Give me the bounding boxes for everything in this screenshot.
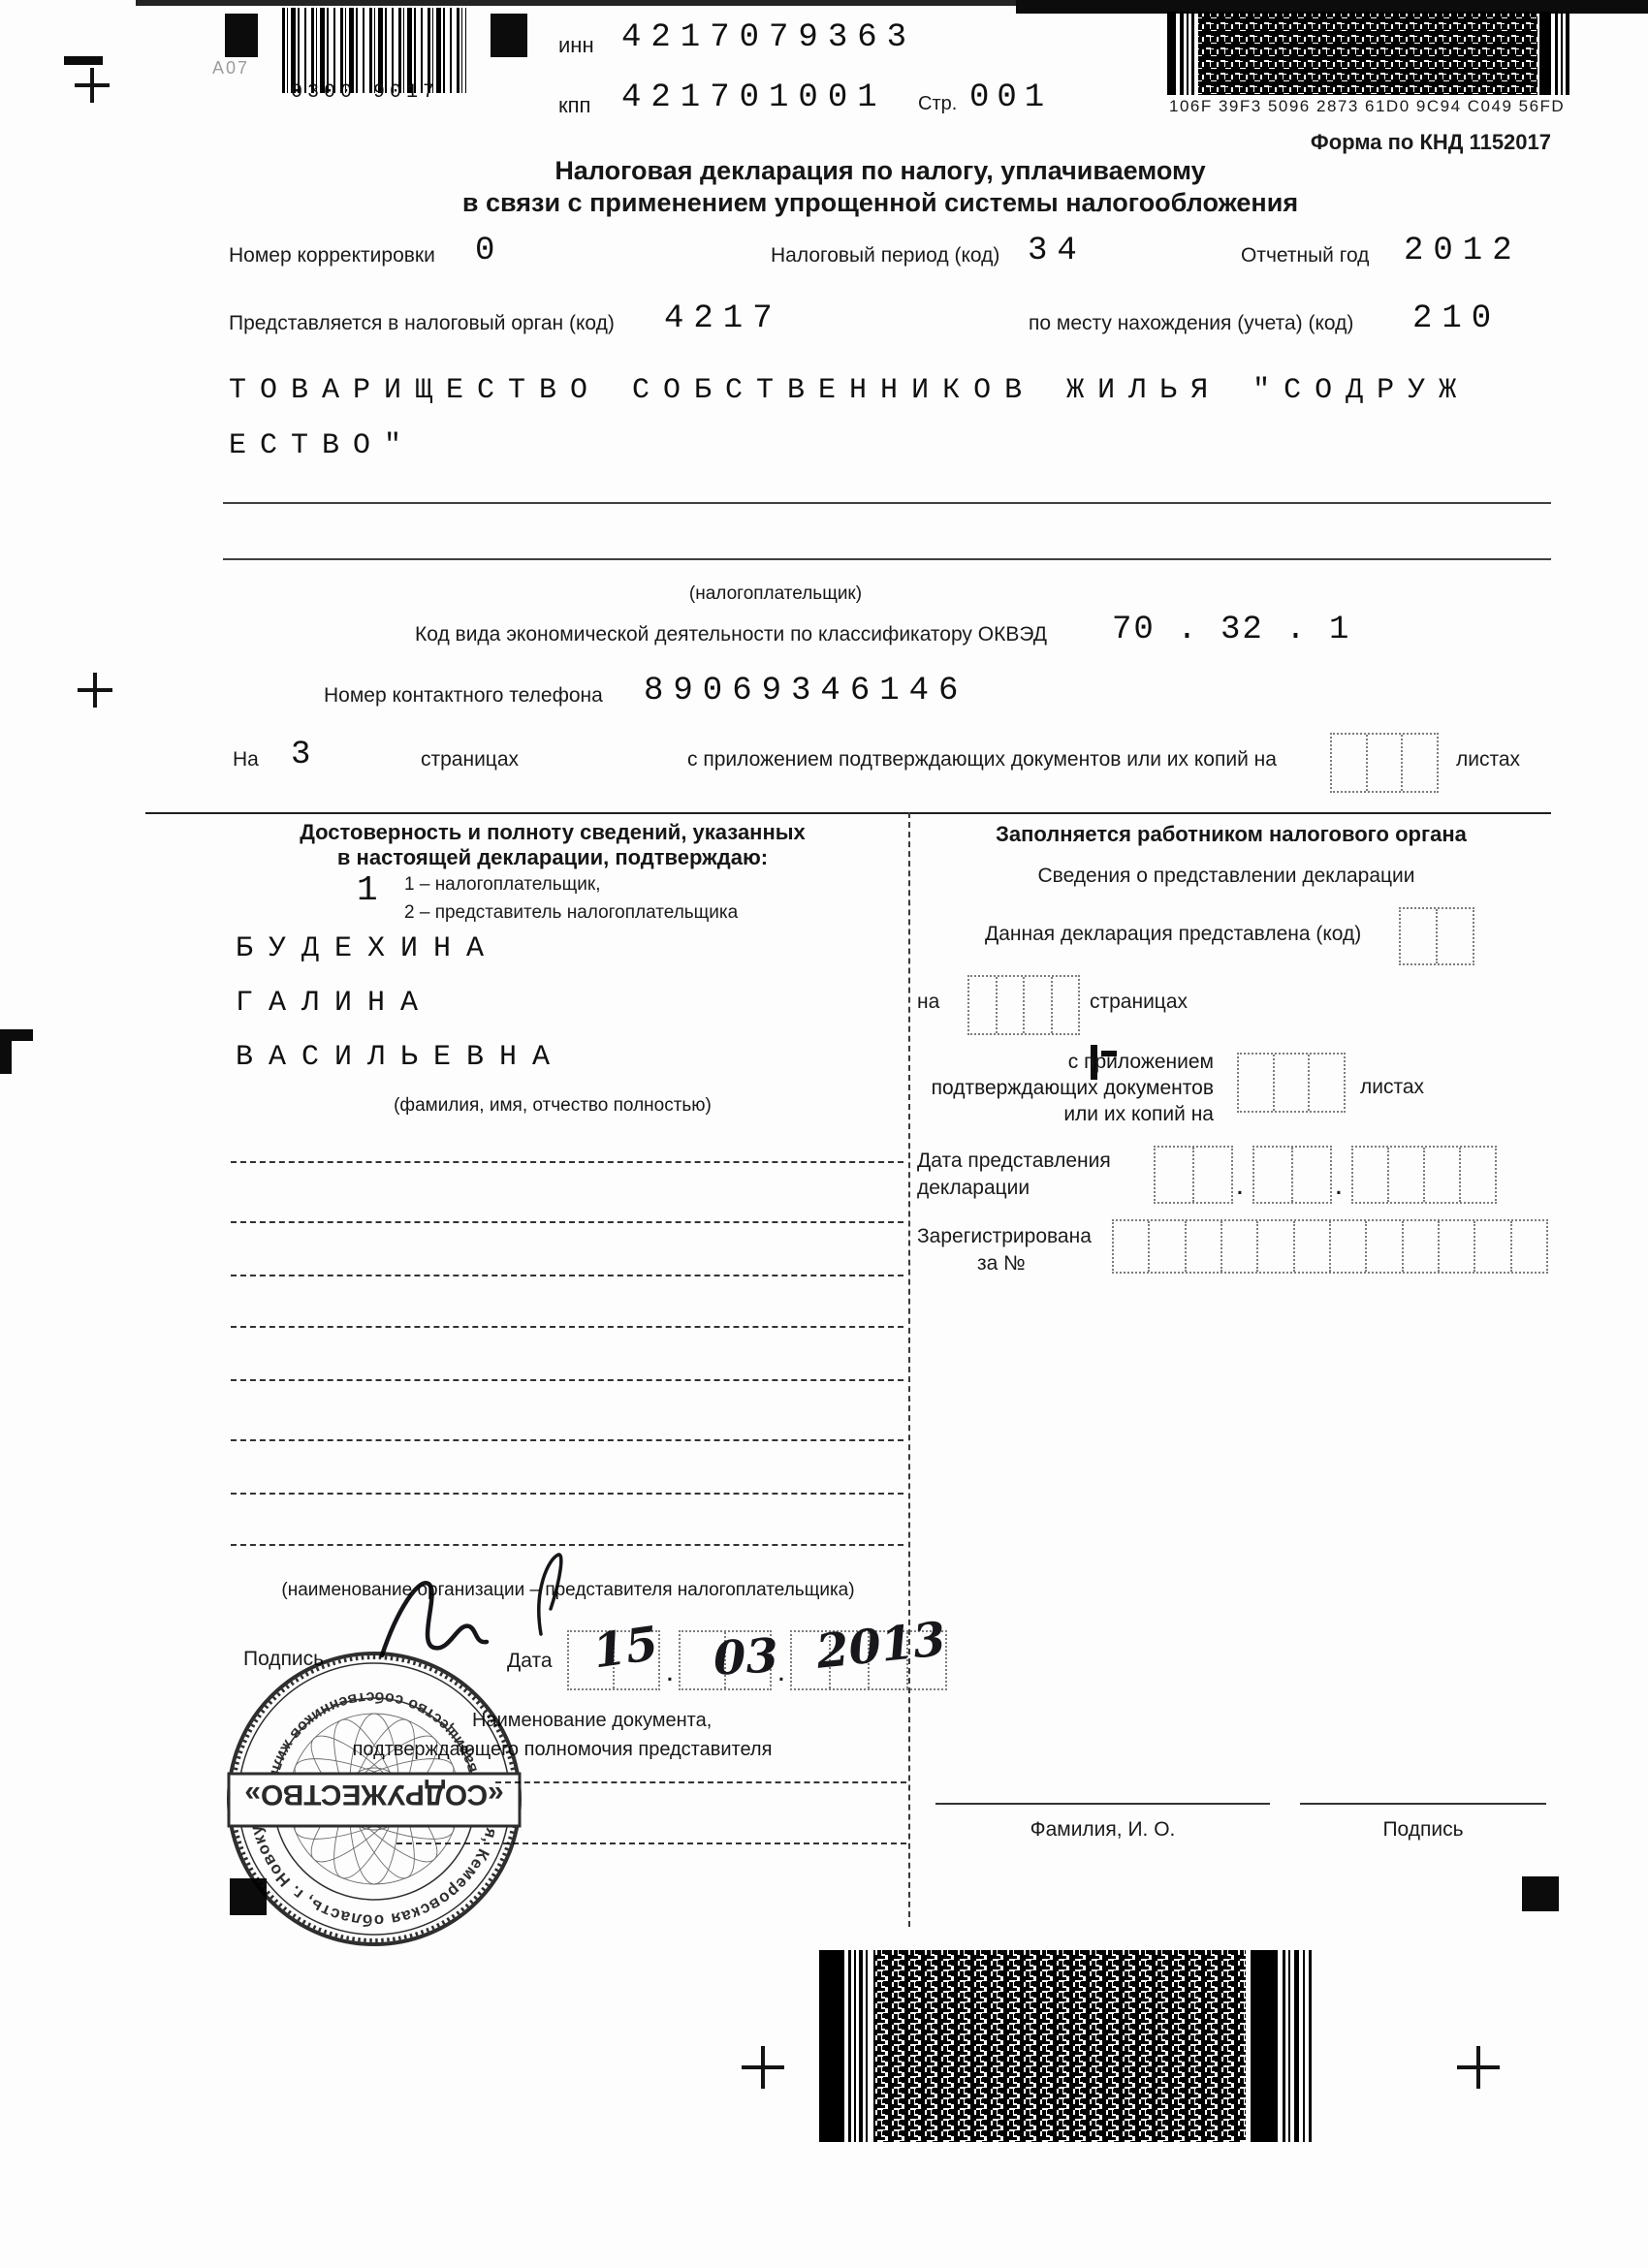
attachment-sheets-box: [1330, 733, 1439, 793]
column-divider-line: [908, 812, 910, 1927]
inspector-section-header: Заполняется работником налогового органа: [921, 822, 1541, 847]
accuracy-header: Достоверность и полноту сведений, указан…: [229, 820, 876, 870]
corner-dash-mark: [64, 56, 103, 65]
page-number-label: Стр.: [918, 93, 957, 115]
ruled-line: [223, 558, 1551, 560]
submission-date-day-box: [1154, 1146, 1233, 1204]
inn-value: 4217079363: [621, 19, 916, 56]
fill-in-line: [231, 1275, 903, 1276]
inspector-name-caption: Фамилия, И. О.: [935, 1818, 1270, 1842]
fill-in-line: [231, 1326, 903, 1328]
title-line-1: Налоговая декларация по налогу, уплачива…: [242, 155, 1518, 187]
attach-line-1: с приложением: [917, 1049, 1214, 1075]
crosshair-mark: [75, 68, 110, 103]
title-line-2: в связи с применением упрощенной системы…: [242, 187, 1518, 219]
left-edge-bracket-mark: [0, 1029, 12, 1074]
crosshair-mark: [78, 673, 112, 708]
barcode-hex-text: 106F 39F3 5096 2873 61D0 9C94 C049 56FD: [1169, 97, 1565, 116]
report-year-label: Отчетный год: [1241, 244, 1369, 268]
inspector-signature-caption: Подпись: [1300, 1818, 1546, 1842]
taxpayer-caption: (налогоплательщик): [485, 583, 1066, 605]
accuracy-header-line-1: Достоверность и полноту сведений, указан…: [229, 820, 876, 845]
submitted-code-box: [1399, 907, 1474, 965]
submission-date-month-box: [1252, 1146, 1332, 1204]
date-separator: .: [778, 1663, 784, 1686]
submission-date-year-box: [1351, 1146, 1497, 1204]
attach-line-3: или их копий на: [917, 1101, 1214, 1127]
barcode-digits: 0300 9017: [291, 81, 439, 104]
attachments-label: с приложением подтверждающих документов …: [687, 748, 1277, 772]
kpp-label: кпп: [558, 93, 590, 118]
fill-in-line: [231, 1221, 903, 1223]
location-code-label: по месту нахождения (учета) (код): [1029, 312, 1353, 335]
tax-authority-label: Представляется в налоговый орган (код): [229, 312, 615, 335]
submission-date-label-2: декларации: [917, 1177, 1030, 1200]
accuracy-header-line-2: в настоящей декларации, подтверждаю:: [229, 845, 876, 870]
tax-period-value: 34: [1028, 233, 1087, 269]
date-separator: .: [1237, 1177, 1243, 1200]
stamp-center-text: «СОДРУЖЕСТВО»: [244, 1779, 504, 1811]
signer-code-value: 1: [357, 870, 388, 910]
inspector-section-subheader: Сведения о представлении декларации: [921, 865, 1532, 888]
inn-label: инн: [558, 33, 594, 58]
tax-authority-value: 4217: [664, 300, 782, 337]
fill-in-line: [495, 1781, 906, 1783]
attach-sheets-box: [1237, 1053, 1346, 1113]
crosshair-mark: [1457, 2046, 1500, 2089]
phone-value: 89069346146: [644, 673, 967, 709]
okved-label: Код вида экономической деятельности по к…: [415, 623, 1047, 646]
pages-word-label: страницах: [1090, 991, 1188, 1014]
page-number-value: 001: [969, 79, 1052, 116]
kpp-value: 421701001: [621, 79, 887, 116]
handwritten-date-day: 15: [589, 1617, 661, 1680]
date-separator: .: [1336, 1177, 1342, 1200]
registration-square: [491, 14, 527, 57]
fill-in-line: [231, 1544, 903, 1546]
org-stamp: Россия, Кемеровская область, г. Новокузн…: [221, 1646, 527, 1952]
handwritten-date-month: 03: [713, 1628, 780, 1685]
pages-on-label: На: [233, 748, 259, 772]
fill-in-line: [231, 1493, 903, 1495]
signer-surname: БУДЕХИНА: [236, 932, 499, 965]
attachment-sheets-block: с приложением подтверждающих документов …: [917, 1049, 1214, 1127]
registration-square: [225, 14, 258, 57]
registered-label-1: Зарегистрирована: [917, 1225, 1092, 1248]
corner-code-text: A07: [212, 58, 249, 79]
fill-in-line: [231, 1439, 903, 1441]
declaration-submitted-label: Данная декларация представлена (код): [985, 923, 1361, 946]
on-pages-label: на: [917, 991, 939, 1014]
person-caption: (фамилия, имя, отчество полностью): [229, 1095, 876, 1117]
section-divider-line: [145, 812, 1551, 814]
signer-firstname: ГАЛИНА: [236, 987, 433, 1020]
pages-count-box: [967, 975, 1080, 1035]
signer-option-1: 1 – налогоплательщик,: [404, 874, 600, 896]
submission-date-label-1: Дата представления: [917, 1150, 1111, 1173]
signer-option-2: 2 – представитель налогоплательщика: [404, 902, 738, 924]
date-separator: .: [667, 1663, 673, 1686]
attach-line-2: подтверждающих документов: [917, 1075, 1214, 1101]
barcode-pdf417: [819, 1950, 1323, 2142]
taxpayer-name-line-1: ТОВАРИЩЕСТВО СОБСТВЕННИКОВ ЖИЛЬЯ "СОДРУЖ: [229, 374, 1470, 407]
form-knd-code: Форма по КНД 1152017: [1212, 130, 1551, 155]
document-title: Налоговая декларация по налогу, уплачива…: [242, 155, 1518, 219]
fill-in-line: [231, 1379, 903, 1381]
location-code-value: 210: [1412, 300, 1501, 337]
inspector-signature-line: [1300, 1803, 1546, 1805]
registered-label-2: за №: [977, 1252, 1026, 1276]
attach-word-label: листах: [1360, 1076, 1424, 1099]
registration-square: [1522, 1876, 1559, 1911]
phone-label: Номер контактного телефона: [324, 684, 603, 708]
form-barcode-1d: [282, 8, 466, 93]
correction-number-label: Номер корректировки: [229, 244, 435, 268]
signer-patronymic: ВАСИЛЬЕВНА: [236, 1041, 565, 1074]
correction-number-value: 0: [475, 233, 504, 269]
report-year-value: 2012: [1404, 233, 1522, 269]
attachments-word-label: листах: [1456, 748, 1520, 772]
okved-value: 70 . 32 . 1: [1112, 612, 1350, 648]
form-barcode-2d: [1167, 12, 1572, 95]
fill-in-line: [231, 1161, 903, 1163]
tax-period-label: Налоговый период (код): [771, 244, 999, 268]
pages-count-value: 3: [291, 737, 320, 773]
inspector-name-line: [935, 1803, 1270, 1805]
registration-number-box: [1112, 1219, 1548, 1274]
scanned-tax-declaration-page: A07 0300 9017 инн 4217079363 кпп 4217010…: [0, 0, 1648, 2268]
taxpayer-name-line-2: ЕСТВО": [229, 429, 415, 462]
crosshair-mark: [742, 2046, 784, 2089]
ruled-line: [223, 502, 1551, 504]
pages-word-label: страницах: [421, 748, 519, 772]
